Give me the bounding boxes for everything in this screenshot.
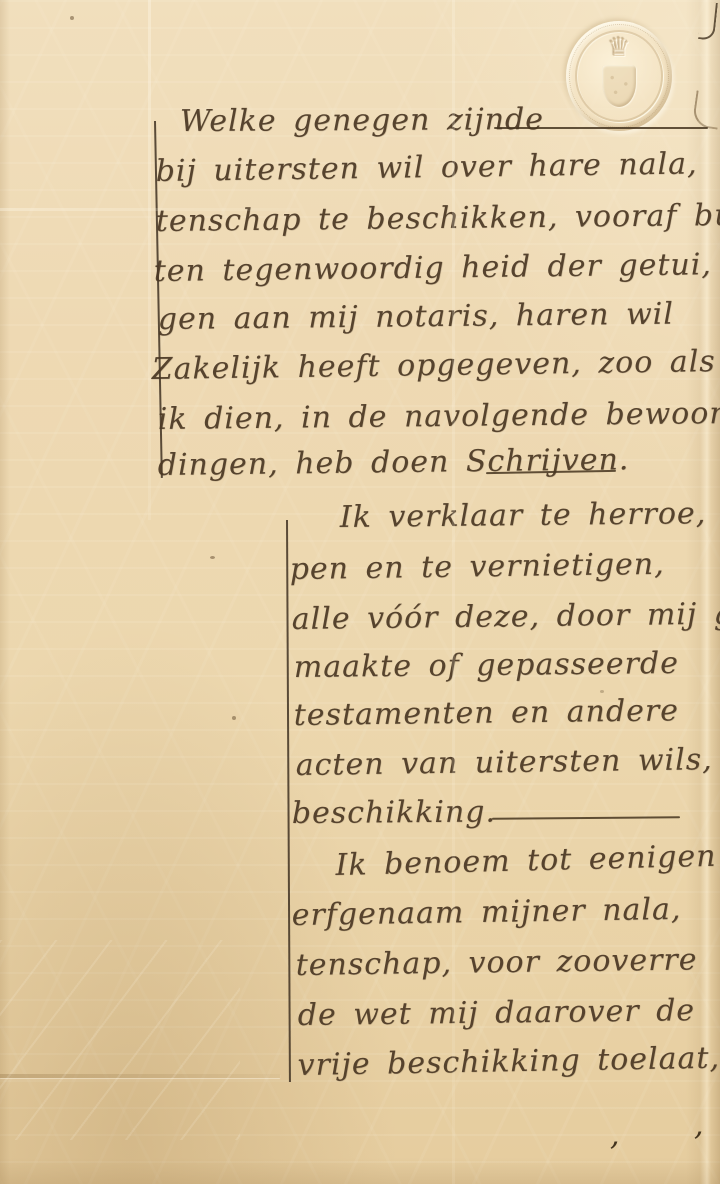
handwritten-line: alle vóór deze, door mij ge, [292, 594, 720, 640]
paper-tear [692, 90, 720, 129]
paper-crease [148, 0, 151, 520]
handwritten-line: de wet mij daarover de [298, 991, 696, 1036]
crown-icon: ♛ [607, 33, 630, 63]
handwritten-line: ten tegenwoordig heid der getui, [154, 245, 713, 292]
handwritten-line: testamenten en andere [294, 691, 680, 736]
embossed-seal-icon: ♛ [566, 21, 672, 131]
handwritten-line: gen aan mij notaris, haren wil [158, 295, 674, 340]
handwritten-line: Zakelijk heeft opgegeven, zoo als [151, 342, 716, 390]
handwritten-line: tenschap te beschikken, vooraf bui, [156, 196, 720, 242]
stray-ink-mark: , [694, 1108, 704, 1143]
ink-rule [494, 127, 708, 129]
handwritten-line: tenschap, voor zooverre [295, 940, 697, 986]
paper-speck [600, 690, 604, 693]
ink-hook-mark [698, 1, 718, 40]
document-page: ♛ Welke genegen zijnde bij uitersten wil… [0, 0, 720, 1184]
paper-speck [232, 716, 236, 720]
coat-of-arms-shield-icon [602, 65, 636, 107]
handwritten-line: ik dien, in de navolgende bewoor, [158, 394, 720, 440]
handwritten-line: acten van uitersten wils, [295, 740, 713, 786]
paper-crease [0, 940, 240, 1140]
handwritten-line: maakte of gepasseerde [294, 644, 679, 688]
handwritten-line: erfgenaam mijner nala, [291, 890, 681, 936]
handwritten-line: Ik benoem tot eenigen [335, 837, 717, 886]
handwritten-line: vrije beschikking toelaat, [297, 1039, 720, 1086]
handwritten-line: Welke genegen zijnde [180, 100, 544, 142]
handwritten-line: bij uitersten wil over hare nala, [155, 144, 697, 192]
ink-rule [492, 816, 680, 820]
handwritten-line: pen en te vernietigen, [289, 545, 664, 590]
paper-speck [210, 556, 215, 559]
paper-fold-crease [0, 1074, 280, 1078]
handwritten-line: beschikking. [292, 793, 496, 834]
handwritten-line: dingen, heb doen Schrijven. [158, 440, 630, 486]
stray-ink-mark: , [610, 1118, 620, 1153]
handwritten-line: Ik verklaar te herroe, [340, 494, 707, 538]
margin-line-lower [286, 520, 291, 1082]
paper-speck [70, 16, 74, 20]
